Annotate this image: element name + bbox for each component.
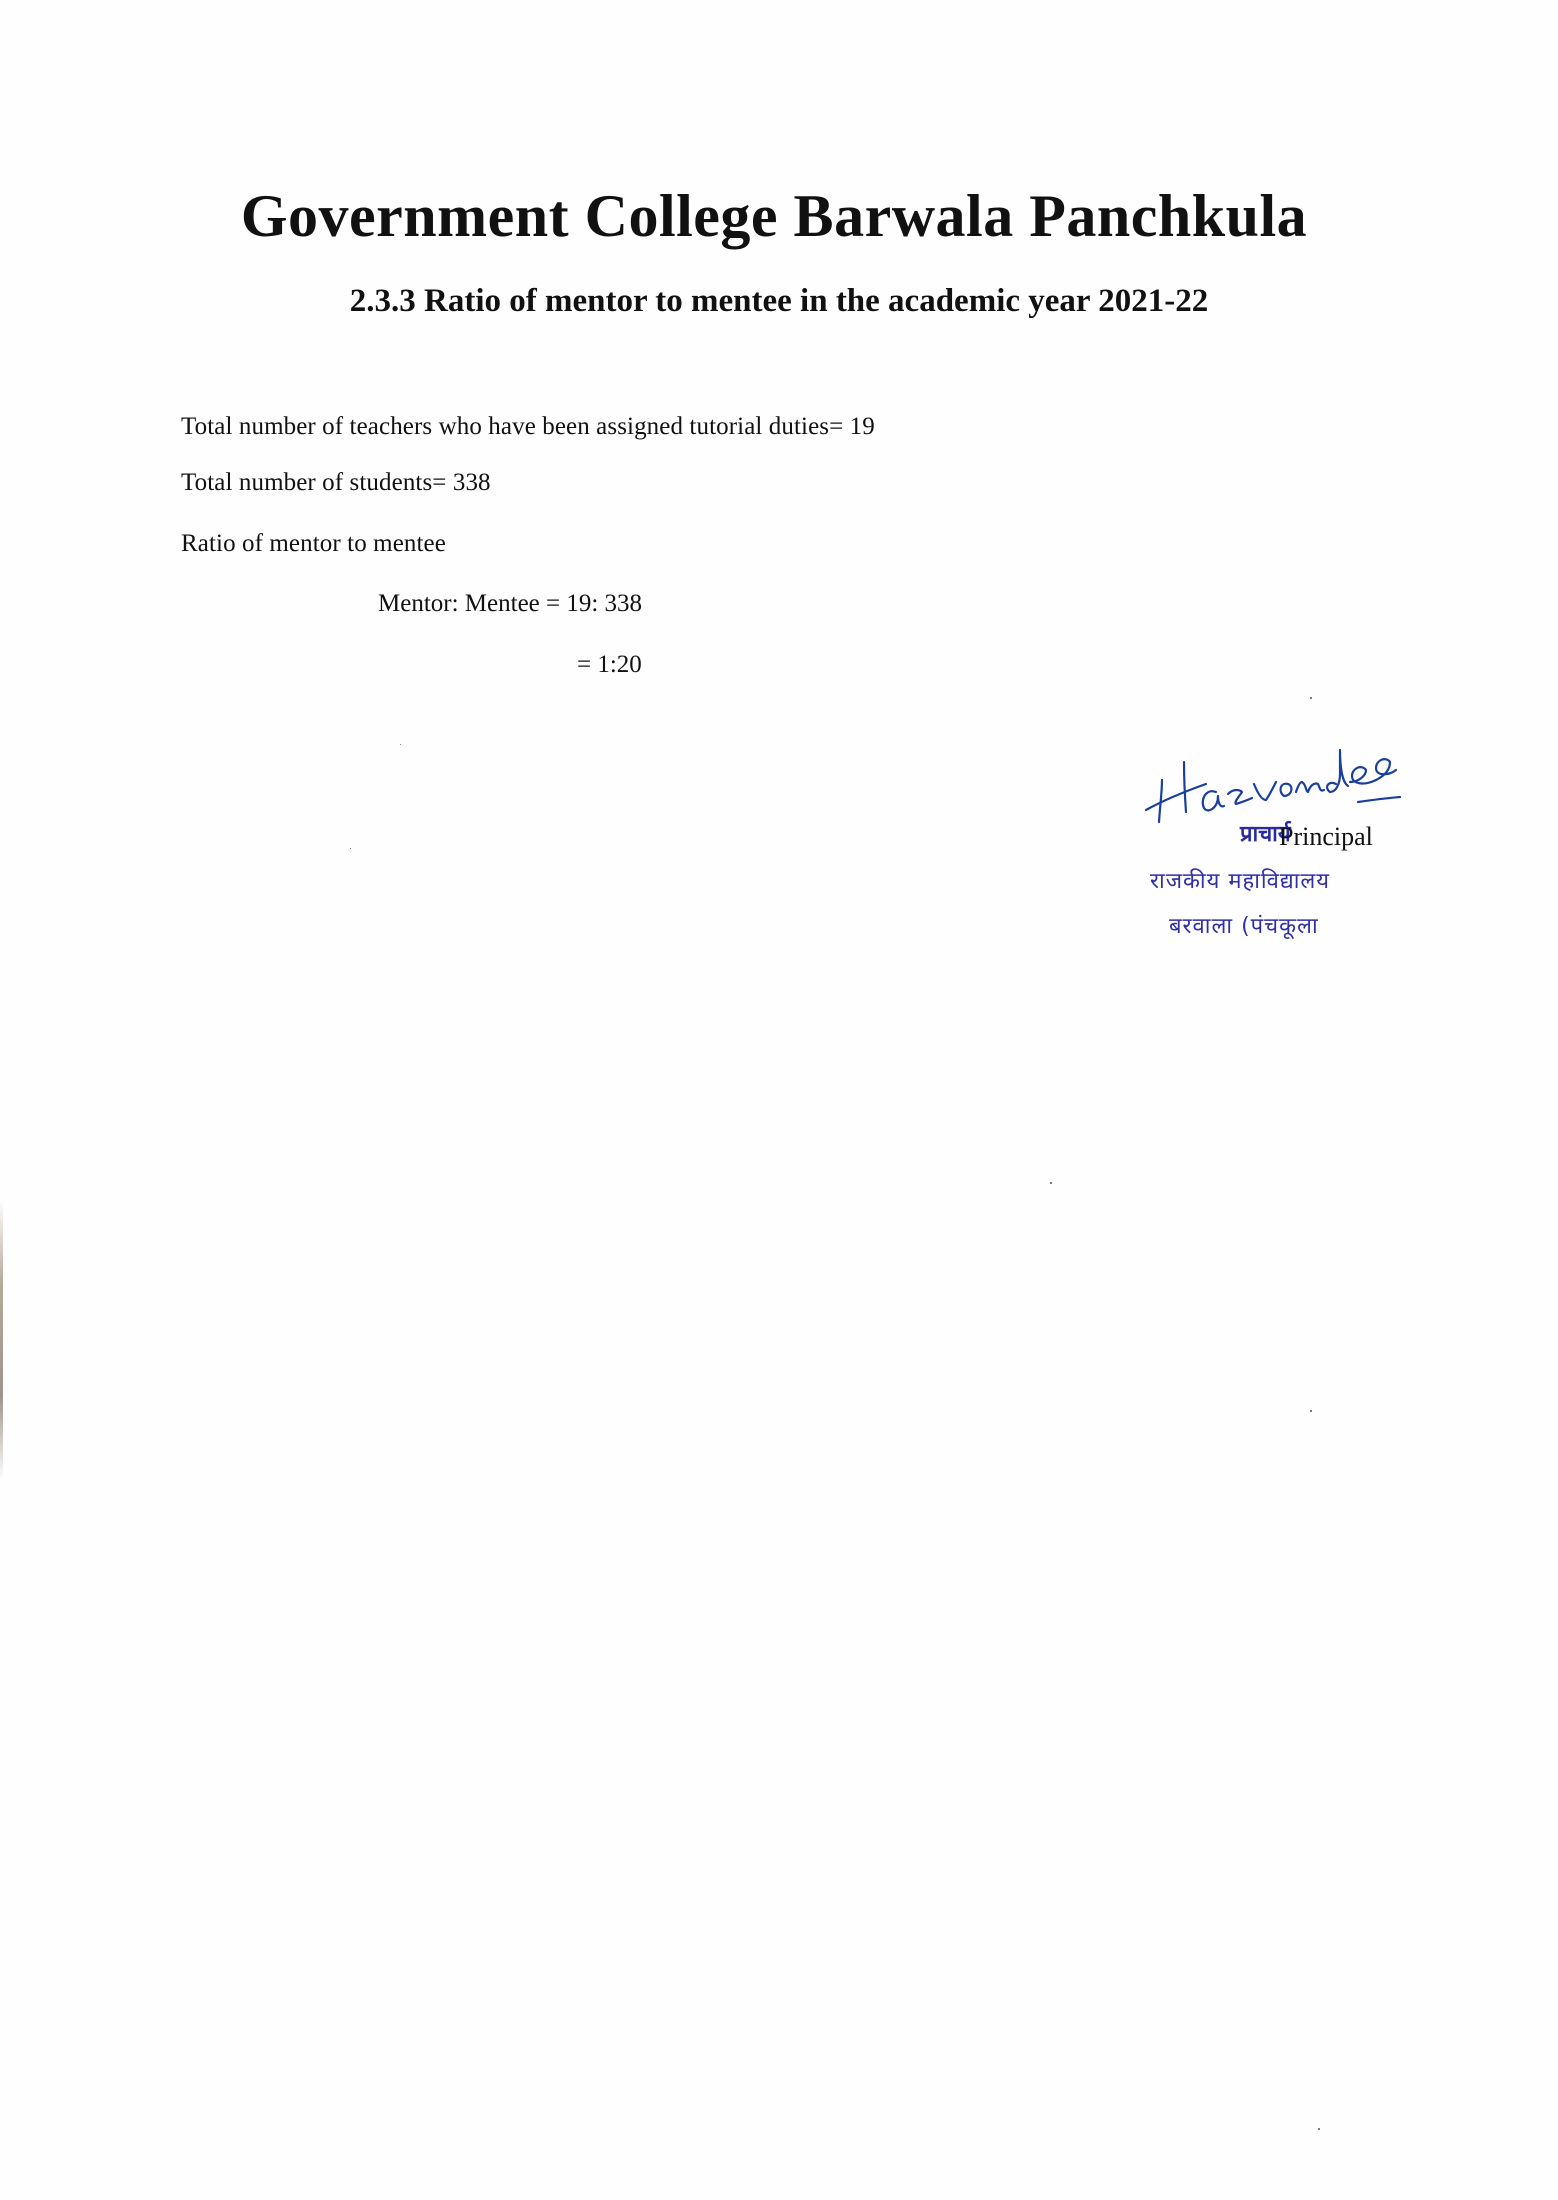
scan-speck <box>1310 697 1312 699</box>
scan-speck <box>1050 1182 1052 1184</box>
handwritten-signature <box>1144 730 1414 830</box>
scan-speck <box>1310 1410 1312 1412</box>
scan-speck <box>350 848 351 849</box>
principal-title: Principal <box>1279 822 1373 852</box>
ratio-equation-line: Mentor: Mentee = 19: 338 <box>378 590 642 618</box>
college-title-text: Government College Barwala Panchkula <box>241 182 1307 251</box>
ratio-result-line: = 1:20 <box>577 651 642 679</box>
section-title: 2.3.3 Ratio of mentor to mentee in the a… <box>0 283 1558 320</box>
scan-speck <box>1318 2128 1320 2130</box>
scan-edge-shadow <box>0 1200 3 1480</box>
section-title-text: 2.3.3 Ratio of mentor to mentee in the a… <box>350 283 1208 320</box>
ratio-label-line: Ratio of mentor to mentee <box>181 530 446 558</box>
document-page: Government College Barwala Panchkula 2.3… <box>0 0 1558 2200</box>
students-count-line: Total number of students= 338 <box>181 469 491 497</box>
college-title: Government College Barwala Panchkula <box>0 182 1558 251</box>
scan-speck <box>400 744 401 745</box>
stamp-location-line: बरवाला (पंचकूला <box>1169 910 1319 940</box>
teachers-count-line: Total number of teachers who have been a… <box>181 413 875 441</box>
principal-signature-block: प्राचार्य Principal राजकीय महाविद्यालय ब… <box>1130 730 1430 960</box>
stamp-college-line: राजकीय महाविद्यालय <box>1150 865 1330 895</box>
